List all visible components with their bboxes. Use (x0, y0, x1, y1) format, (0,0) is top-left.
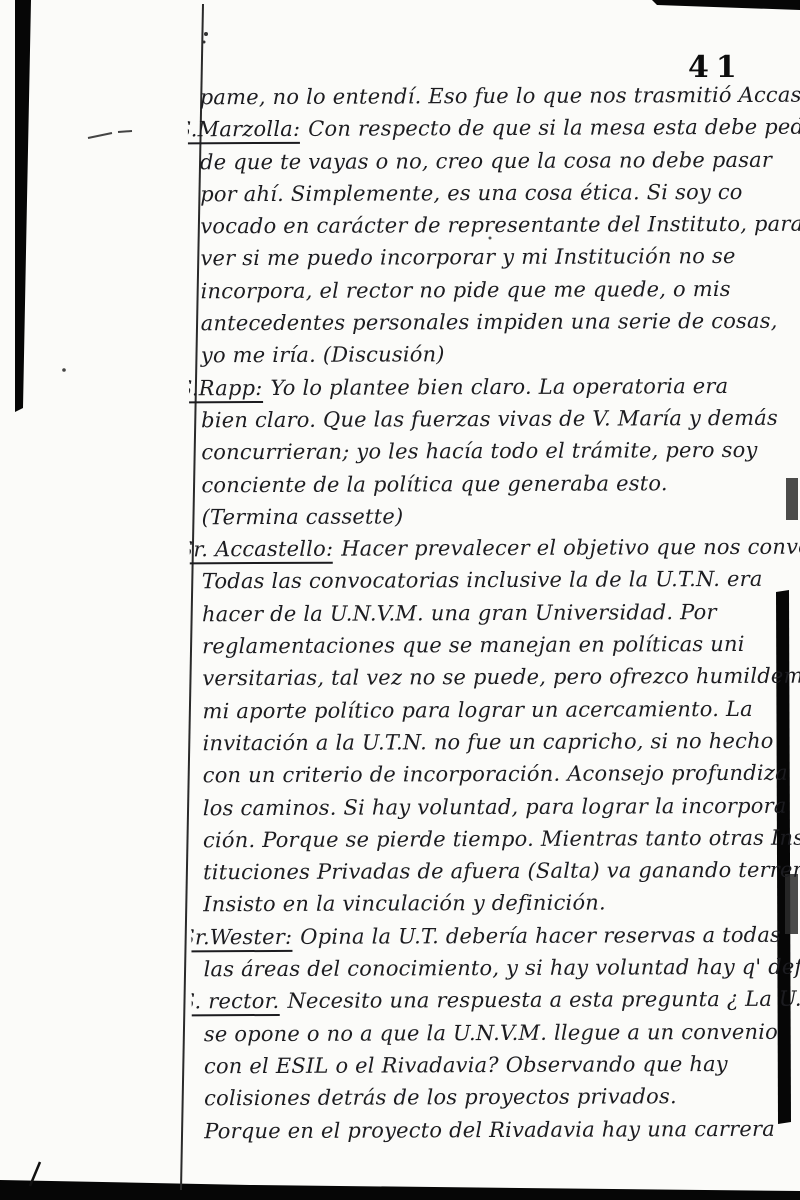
manuscript-line: Sr.Wester:Opina la U.T. debería hacer re… (191, 918, 800, 953)
manuscript-line: S.Rapp:Yo lo plantee bien claro. La oper… (189, 369, 800, 404)
line-text: yo me iría. (Discusión) (201, 343, 445, 368)
manuscript-line: (Termina cassette) (190, 499, 800, 534)
manuscript-line: los caminos. Si hay voluntad, para logra… (191, 789, 800, 824)
manuscript-line: ver si me puedo incorporar y mi Instituc… (188, 240, 800, 275)
manuscript-line: antecedentes personales impiden una seri… (189, 305, 800, 340)
line-text: ver si me puedo incorporar y mi Instituc… (200, 244, 735, 270)
scanned-document-page: 41 pame, no lo entendí. Eso fue lo que n… (0, 0, 800, 1200)
line-text: se opone o no a que la U.N.V.M. llegue a… (204, 1019, 778, 1046)
manuscript-line: por ahí. Simplemente, es una cosa ética.… (188, 176, 800, 211)
manuscript-line: con el ESIL o el Rivadavia? Observando q… (192, 1048, 800, 1083)
manuscript-line: ción. Porque se pierde tiempo. Mientras … (191, 821, 800, 856)
manuscript-line: colisiones detrás de los proyectos priva… (192, 1080, 800, 1115)
line-text: reglamentaciones que se manejan en polít… (202, 632, 745, 658)
line-text: con el ESIL o el Rivadavia? Observando q… (204, 1052, 728, 1078)
manuscript-line: Porque en el proyecto del Rivadavia hay … (192, 1112, 800, 1147)
speck-3 (62, 368, 66, 372)
manuscript-line: invitación a la U.T.N. no fue un caprich… (190, 725, 800, 760)
line-text: Insisto en la vinculación y definición. (203, 891, 606, 917)
line-text: versitarias, tal vez no se puede, pero o… (202, 664, 800, 691)
line-text: ción. Porque se pierde tiempo. Mientras … (203, 825, 800, 852)
line-text: los caminos. Si hay voluntad, para logra… (203, 793, 787, 820)
scan-bar-bottom (0, 1180, 800, 1200)
line-text: con un criterio de incorporación. Aconse… (203, 761, 788, 788)
manuscript-line: Insisto en la vinculación y definición. (191, 886, 800, 921)
line-text: (Termina cassette) (202, 504, 404, 529)
speaker-name: S. rector. (192, 989, 280, 1016)
manuscript-line: reglamentaciones que se manejan en polít… (190, 628, 800, 663)
line-text: conciente de la política que generaba es… (201, 471, 667, 497)
speaker-name: Sr.Wester: (191, 925, 292, 952)
line-text: Opina la U.T. debería hacer reservas a t… (300, 922, 781, 948)
line-text: por ahí. Simplemente, es una cosa ética.… (200, 180, 743, 206)
line-text: colisiones detrás de los proyectos priva… (204, 1084, 677, 1110)
line-text: Hacer prevalecer el objetivo que nos con… (341, 535, 800, 561)
manuscript-line: Todas las convocatorias inclusive la de … (190, 563, 800, 598)
manuscript-line: bien claro. Que las fuerzas vivas de V. … (189, 402, 800, 437)
line-text: antecedentes personales impiden una seri… (201, 309, 778, 336)
line-text: bien claro. Que las fuerzas vivas de V. … (201, 406, 778, 433)
line-text: vocado en carácter de representante del … (200, 212, 800, 239)
manuscript: pame, no lo entendí. Eso fue lo que nos … (188, 79, 800, 1147)
line-text: concurrieran; yo les hacía todo el trámi… (201, 438, 757, 464)
manuscript-line: tituciones Privadas de afuera (Salta) va… (191, 854, 800, 889)
slash-mark (30, 1162, 40, 1186)
manuscript-line: de que te vayas o no, creo que la cosa n… (188, 143, 800, 178)
speaker-name: S.Rapp: (189, 376, 263, 403)
speaker-name: Sr. Accastello: (190, 537, 334, 565)
speck-1 (204, 32, 208, 36)
manuscript-line: vocado en carácter de representante del … (188, 208, 800, 243)
manuscript-line: las áreas del conocimiento, y si hay vol… (191, 951, 800, 986)
manuscript-line: se opone o no a que la U.N.V.M. llegue a… (192, 1015, 800, 1050)
line-text: pame, no lo entendí. Eso fue lo que nos … (200, 83, 800, 110)
line-text: hacer de la U.N.V.M. una gran Universida… (202, 600, 717, 626)
line-text: tituciones Privadas de afuera (Salta) va… (203, 858, 800, 885)
line-text: de que te vayas o no, creo que la cosa n… (200, 147, 772, 173)
pencil-dash-1 (88, 133, 112, 138)
manuscript-line: S.Marzolla:Con respecto de que si la mes… (188, 111, 800, 146)
line-text: las áreas del conocimiento, y si hay vol… (203, 954, 800, 981)
manuscript-line: S. rector.Necesito una respuesta a esta … (192, 983, 800, 1018)
speaker-name: S.Marzolla: (188, 117, 300, 145)
manuscript-line: hacer de la U.N.V.M. una gran Universida… (190, 595, 800, 630)
manuscript-line: concurrieran; yo les hacía todo el trámi… (189, 434, 800, 469)
line-text: Porque en el proyecto del Rivadavia hay … (204, 1116, 775, 1142)
line-text: invitación a la U.T.N. no fue un caprich… (203, 729, 774, 755)
line-text: Yo lo plantee bien claro. La operatoria … (270, 374, 728, 400)
manuscript-line: con un criterio de incorporación. Aconse… (191, 757, 800, 792)
line-text: mi aporte político para lograr un acerca… (202, 697, 752, 723)
line-text: Con respecto de que si la mesa esta debe… (308, 115, 800, 141)
pencil-dash-2 (118, 131, 132, 132)
manuscript-line: conciente de la política que generaba es… (189, 466, 800, 501)
line-text: incorpora, el rector no pide que me qued… (201, 277, 731, 303)
manuscript-line: pame, no lo entendí. Eso fue lo que nos … (188, 79, 800, 114)
line-text: Todas las convocatorias inclusive la de … (202, 567, 763, 593)
line-text: Necesito una respuesta a esta pregunta ¿… (287, 987, 800, 1013)
scan-bar-top-right (652, 0, 800, 10)
manuscript-line: versitarias, tal vez no se puede, pero o… (190, 660, 800, 695)
manuscript-line: incorpora, el rector no pide que me qued… (189, 272, 800, 307)
manuscript-line: Sr. Accastello:Hacer prevalecer el objet… (190, 531, 800, 566)
speck-2 (203, 41, 206, 44)
scan-bar-left (15, 0, 31, 412)
manuscript-line: mi aporte político para lograr un acerca… (190, 692, 800, 727)
manuscript-line: yo me iría. (Discusión) (189, 337, 800, 372)
